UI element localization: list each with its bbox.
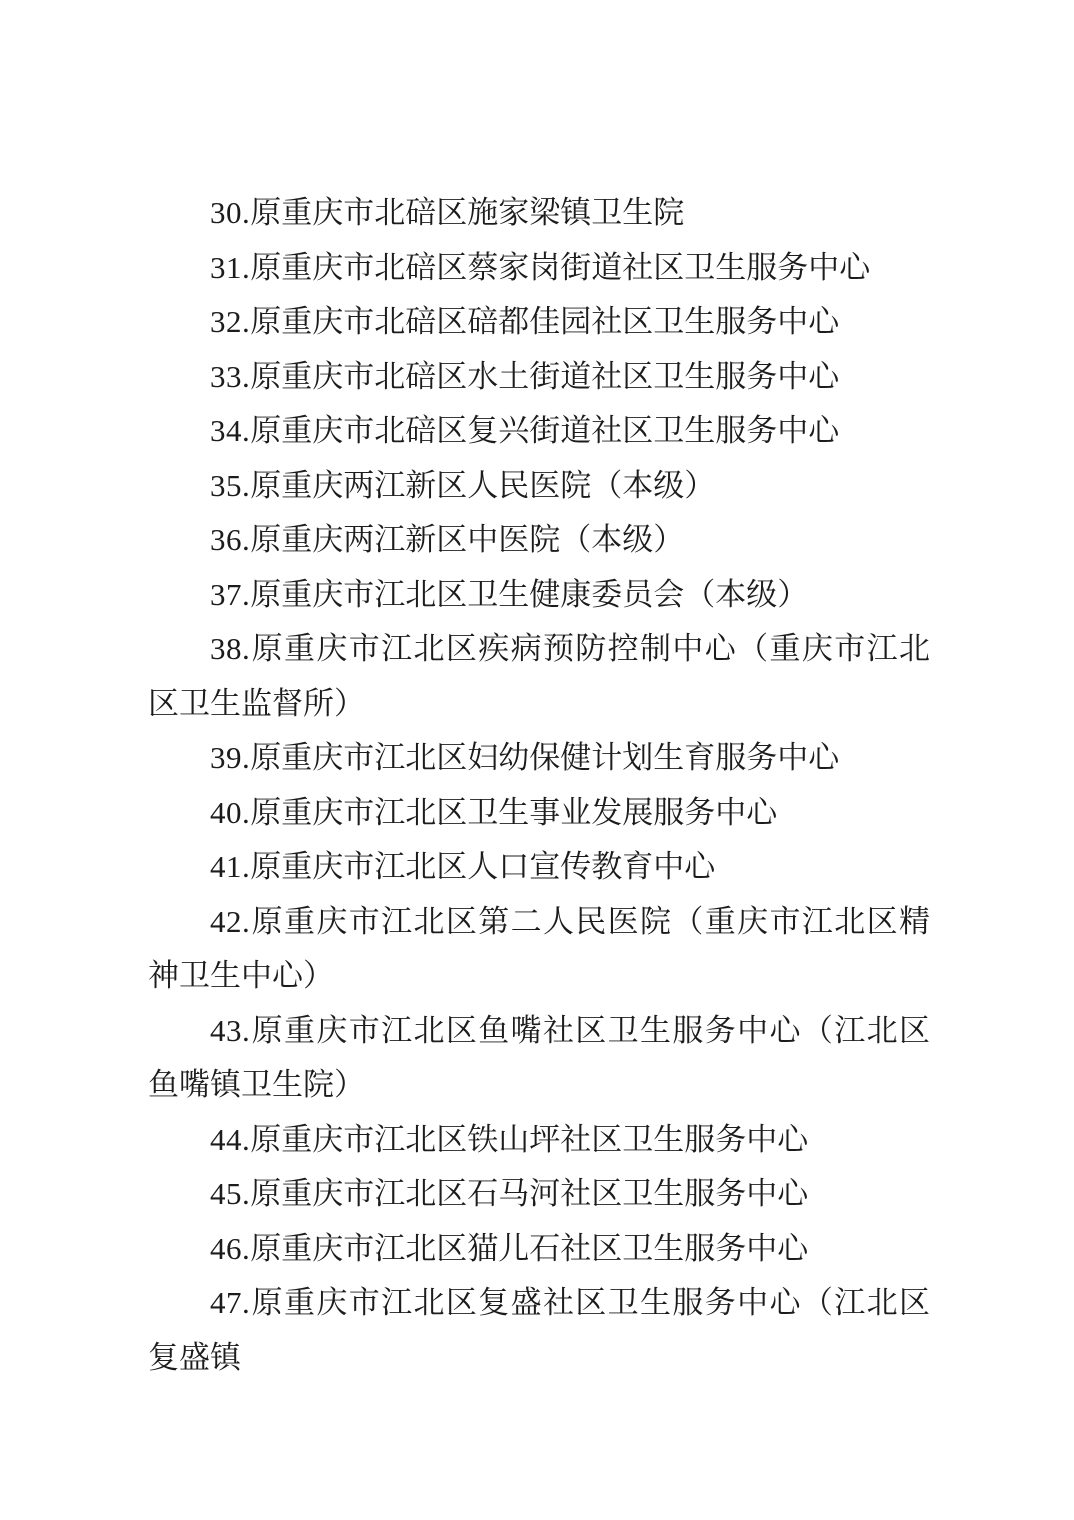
item-text: 原重庆市江北区妇幼保健计划生育服务中心 — [250, 740, 839, 775]
list-item: 40.原重庆市江北区卫生事业发展服务中心 — [148, 786, 930, 841]
document-page: 30.原重庆市北碚区施家梁镇卫生院 31.原重庆市北碚区蔡家岗街道社区卫生服务中… — [0, 0, 1074, 1520]
list-item: 31.原重庆市北碚区蔡家岗街道社区卫生服务中心 — [148, 241, 930, 296]
item-number: 43. — [210, 1013, 250, 1048]
item-number: 42. — [210, 904, 250, 939]
list-item: 34.原重庆市北碚区复兴街道社区卫生服务中心 — [148, 404, 930, 459]
item-number: 34. — [210, 413, 250, 448]
item-text: 原重庆市江北区卫生健康委员会（本级） — [250, 577, 808, 612]
item-number: 40. — [210, 795, 250, 830]
item-number: 45. — [210, 1176, 250, 1211]
item-text: 原重庆市江北区复盛社区卫生服务中心（江北区复盛镇 — [148, 1285, 930, 1375]
list-item: 39.原重庆市江北区妇幼保健计划生育服务中心 — [148, 731, 930, 786]
list-item: 41.原重庆市江北区人口宣传教育中心 — [148, 840, 930, 895]
item-number: 41. — [210, 849, 250, 884]
list-item: 42.原重庆市江北区第二人民医院（重庆市江北区精神卫生中心） — [148, 895, 930, 1004]
item-number: 46. — [210, 1231, 250, 1266]
list-item: 45.原重庆市江北区石马河社区卫生服务中心 — [148, 1167, 930, 1222]
document-body: 30.原重庆市北碚区施家梁镇卫生院 31.原重庆市北碚区蔡家岗街道社区卫生服务中… — [148, 186, 930, 1385]
item-number: 36. — [210, 522, 250, 557]
list-item: 46.原重庆市江北区猫儿石社区卫生服务中心 — [148, 1222, 930, 1277]
item-text: 原重庆市北碚区复兴街道社区卫生服务中心 — [250, 413, 839, 448]
item-text: 原重庆市江北区鱼嘴社区卫生服务中心（江北区鱼嘴镇卫生院） — [148, 1013, 930, 1103]
item-number: 32. — [210, 304, 250, 339]
list-item: 37.原重庆市江北区卫生健康委员会（本级） — [148, 568, 930, 623]
list-item: 38.原重庆市江北区疾病预防控制中心（重庆市江北区卫生监督所） — [148, 622, 930, 731]
list-item: 47.原重庆市江北区复盛社区卫生服务中心（江北区复盛镇 — [148, 1276, 930, 1385]
item-text: 原重庆市江北区人口宣传教育中心 — [250, 849, 715, 884]
item-number: 33. — [210, 359, 250, 394]
item-number: 38. — [210, 631, 250, 666]
item-text: 原重庆市江北区铁山坪社区卫生服务中心 — [250, 1122, 808, 1157]
item-text: 原重庆市北碚区蔡家岗街道社区卫生服务中心 — [250, 250, 870, 285]
item-number: 37. — [210, 577, 250, 612]
item-number: 35. — [210, 468, 250, 503]
item-text: 原重庆市江北区猫儿石社区卫生服务中心 — [250, 1231, 808, 1266]
list-item: 35.原重庆两江新区人民医院（本级） — [148, 459, 930, 514]
item-text: 原重庆市北碚区水土街道社区卫生服务中心 — [250, 359, 839, 394]
item-text: 原重庆市江北区疾病预防控制中心（重庆市江北区卫生监督所） — [148, 631, 930, 721]
item-number: 47. — [210, 1285, 250, 1320]
item-text: 原重庆市江北区卫生事业发展服务中心 — [250, 795, 777, 830]
list-item: 36.原重庆两江新区中医院（本级） — [148, 513, 930, 568]
item-text: 原重庆市江北区石马河社区卫生服务中心 — [250, 1176, 808, 1211]
item-number: 31. — [210, 250, 250, 285]
list-item: 43.原重庆市江北区鱼嘴社区卫生服务中心（江北区鱼嘴镇卫生院） — [148, 1004, 930, 1113]
item-number: 30. — [210, 195, 250, 230]
item-number: 39. — [210, 740, 250, 775]
item-text: 原重庆市北碚区碚都佳园社区卫生服务中心 — [250, 304, 839, 339]
item-text: 原重庆两江新区中医院（本级） — [250, 522, 684, 557]
list-item: 30.原重庆市北碚区施家梁镇卫生院 — [148, 186, 930, 241]
item-text: 原重庆市北碚区施家梁镇卫生院 — [250, 195, 684, 230]
list-item: 32.原重庆市北碚区碚都佳园社区卫生服务中心 — [148, 295, 930, 350]
item-text: 原重庆市江北区第二人民医院（重庆市江北区精神卫生中心） — [148, 904, 930, 994]
item-text: 原重庆两江新区人民医院（本级） — [250, 468, 715, 503]
list-item: 33.原重庆市北碚区水土街道社区卫生服务中心 — [148, 350, 930, 405]
list-item: 44.原重庆市江北区铁山坪社区卫生服务中心 — [148, 1113, 930, 1168]
item-number: 44. — [210, 1122, 250, 1157]
